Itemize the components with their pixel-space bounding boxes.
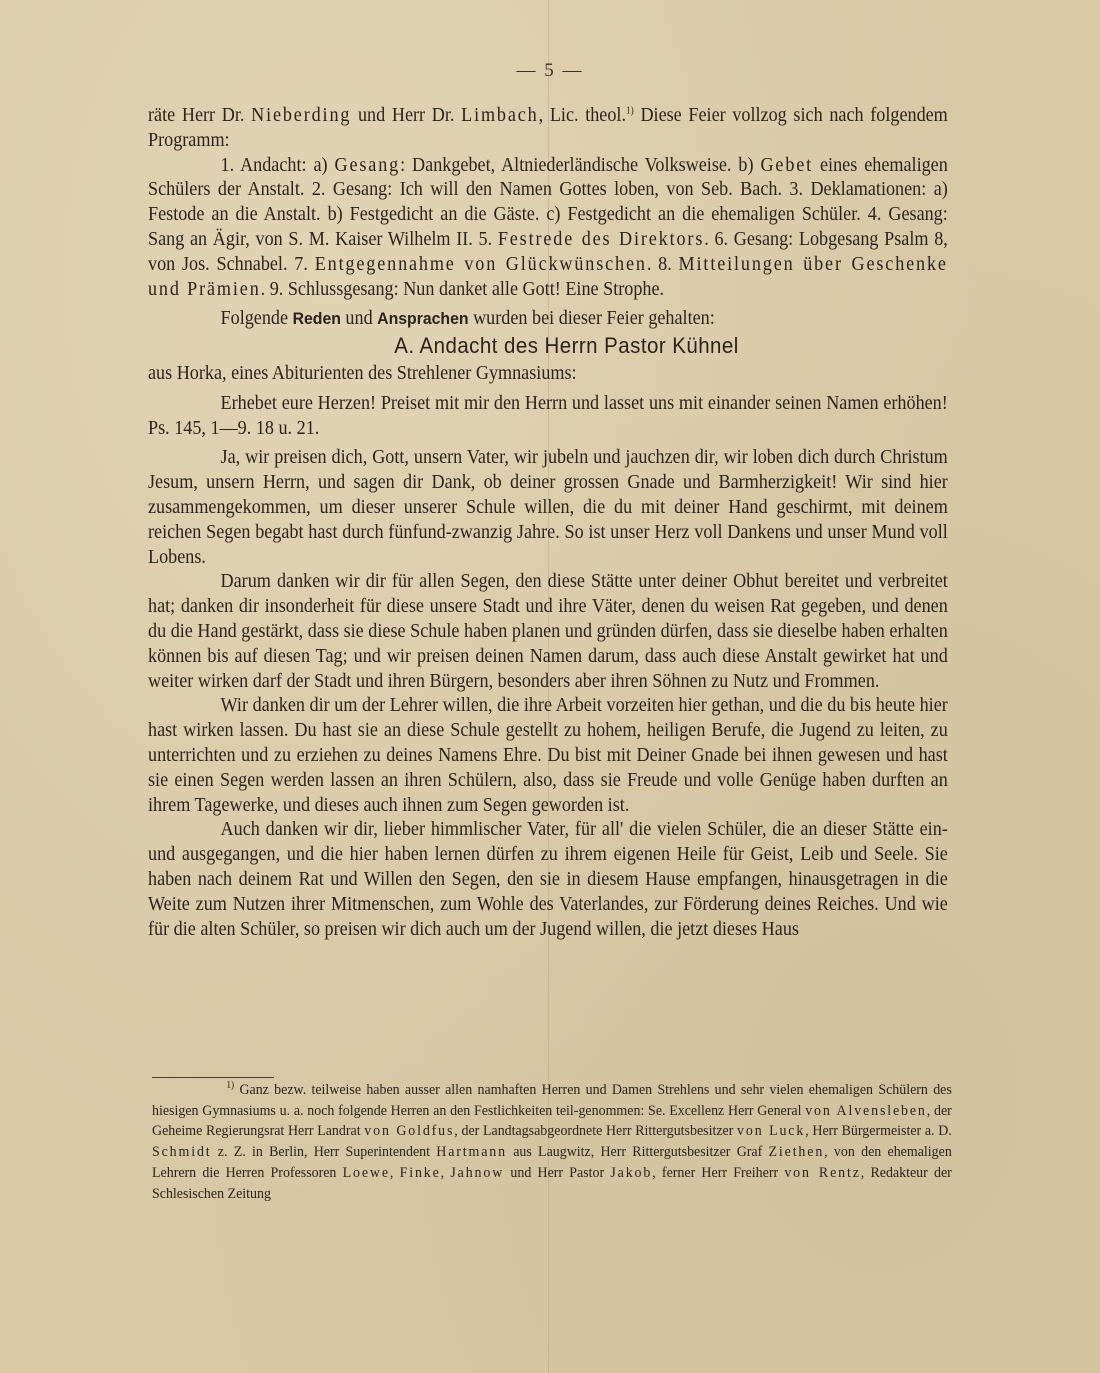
text: : Ich will den Namen Gottes loben, von S… (387, 179, 810, 200)
paragraph-3: Darum danken wir dir für allen Segen, de… (148, 570, 948, 694)
text: : Nun danket alle Gott! Eine Strophe. (394, 279, 664, 300)
person-name: von Rentz (784, 1165, 860, 1181)
program-paragraph: 1. Andacht: a) Gesang: Dankgebet, Altnie… (148, 154, 948, 303)
text: , Herr Bürgermeister a. D. (805, 1123, 952, 1139)
text: . 8. (647, 254, 679, 275)
person-name: Jakob (610, 1165, 652, 1181)
program-term: Gesang (335, 155, 401, 176)
person-name: Jahnow (450, 1165, 504, 1181)
program-term: Deklamationen (810, 179, 921, 200)
text: , ferner Herr Freiherr (652, 1165, 784, 1181)
text: , (390, 1165, 400, 1181)
section-heading: A. Andacht des Herrn Pastor Kühnel (148, 334, 948, 359)
text: und (341, 308, 377, 329)
person-name: Schmidt (152, 1144, 212, 1160)
paragraph-4: Wir danken dir um der Lehrer willen, die… (148, 694, 948, 818)
program-term: Gesang (333, 179, 387, 200)
emphasis: Ansprachen (377, 309, 468, 328)
text: , (441, 1165, 451, 1181)
person-name: Finke (400, 1165, 441, 1181)
text: und Herr Dr. (351, 105, 461, 126)
text: , der Landtagsabgeordnete Herr Rittergut… (454, 1123, 737, 1139)
person-name: Ziethen (769, 1144, 825, 1160)
person-name: von Alvensleben (805, 1103, 927, 1119)
paragraph-5: Auch danken wir dir, lieber himmlischer … (148, 818, 948, 942)
text: . 9. (261, 279, 288, 300)
person-name: von Luck (737, 1123, 805, 1139)
text: z. Z. in Berlin, Herr Superintendent (212, 1144, 437, 1160)
paragraph-2: Ja, wir preisen dich, Gott, unsern Vater… (148, 446, 948, 570)
program-term: Gesang (734, 229, 788, 250)
text: und Herr Pastor (504, 1165, 610, 1181)
program-term: Gesang (888, 204, 942, 225)
person-name: Loewe (343, 1165, 390, 1181)
emphasis: Reden (293, 309, 341, 328)
speeches-intro: Folgende Reden und Ansprachen wurden bei… (148, 307, 948, 332)
footnote-divider (152, 1077, 274, 1078)
main-text: räte Herr Dr. Nieberding und Herr Dr. Li… (148, 104, 948, 942)
person-name: Hartmann (436, 1144, 507, 1160)
section-subline: aus Horka, eines Abiturienten des Strehl… (148, 362, 948, 387)
person-name: Limbach (461, 105, 538, 126)
text: wurden bei dieser Feier gehalten: (469, 308, 715, 329)
program-term: Entgegennahme von Glückwünschen (315, 254, 647, 275)
text: 1. Andacht: a) (221, 155, 335, 176)
footnote: 1) Ganz bezw. teilweise haben ausser all… (152, 1080, 952, 1204)
paragraph-1: Erhebet eure Herzen! Preiset mit mir den… (148, 392, 948, 442)
text: Folgende (221, 308, 293, 329)
person-name: von Goldfus (364, 1123, 454, 1139)
intro-paragraph: räte Herr Dr. Nieberding und Herr Dr. Li… (148, 104, 948, 154)
program-term: Festrede des Direktors (498, 229, 704, 250)
footnote-text: 1) Ganz bezw. teilweise haben ausser all… (152, 1080, 952, 1204)
text: aus Laugwitz, Herr Rittergutsbesitzer Gr… (507, 1144, 769, 1160)
text: . 6. (704, 229, 734, 250)
page-number: — 5 — (0, 60, 1100, 82)
person-name: Nieberding (251, 105, 351, 126)
program-term: Schlussgesang (288, 279, 394, 300)
text: , Lic. theol. (539, 105, 626, 126)
text: räte Herr Dr. (148, 105, 251, 126)
program-term: Gebet (760, 155, 813, 176)
text: : Dankgebet, Altniederländische Volkswei… (400, 155, 760, 176)
